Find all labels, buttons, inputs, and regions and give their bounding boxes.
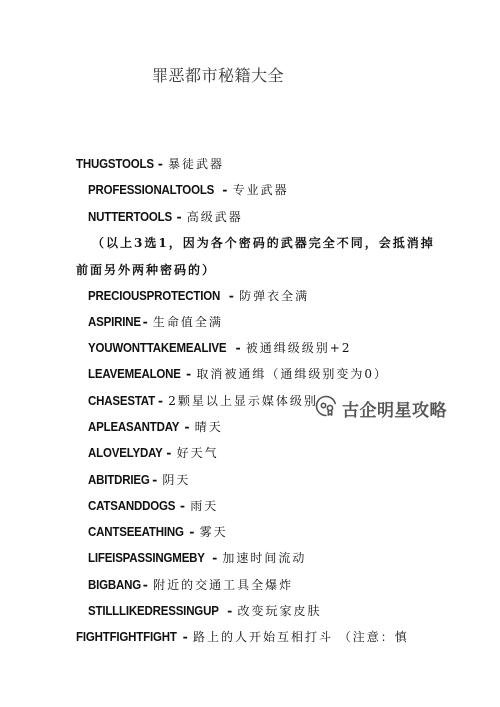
cheat-description: 改变玩家皮肤: [238, 604, 322, 618]
cheat-description: 取消被通缉（通缉级别变为0）: [196, 367, 388, 381]
cheat-description: 雨天: [190, 499, 218, 513]
document-title: 罪恶都市秘籍大全: [152, 63, 284, 86]
cheat-description: 暴徒武器: [168, 157, 224, 171]
cheat-line-aspirine: ASPIRINE - 生命值全满: [88, 312, 223, 332]
cheat-description: 生命值全满: [153, 315, 223, 329]
watermark: 古企明星攻略: [314, 394, 447, 423]
cheat-line-catsanddogs: CATSANDDOGS - 雨天: [88, 496, 218, 516]
cheat-description: 附近的交通工具全爆炸: [153, 578, 293, 592]
cheat-description: 2颗星以上显示媒体级别: [168, 394, 318, 408]
cheat-code: LEAVEMEALONE: [88, 364, 181, 384]
cheat-description: 晴天: [195, 420, 223, 434]
cheat-description: 高级武器: [187, 210, 243, 224]
cheat-description: 路上的人开始互相打斗 （注意：慎: [193, 630, 409, 644]
cheat-code: PRECIOUSPROTECTION: [88, 286, 220, 306]
cheat-line-youwonttakemealive: YOUWONTTAKEMEALIVE - 被通缉级级别+2: [88, 338, 352, 358]
cheat-code: LIFEISPASSINGMEBY: [88, 548, 205, 568]
cheat-separator: -: [143, 577, 148, 592]
cheat-separator: -: [143, 314, 148, 329]
cheat-description: 雾天: [200, 525, 228, 539]
cheat-line-preciousprotection: PRECIOUSPROTECTION - 防弹衣全满: [88, 286, 309, 306]
cheat-description: 加速时间流动: [222, 551, 306, 565]
cheat-description: 被通缉级级别+2: [246, 341, 352, 355]
cheat-line-cantseeathing: CANTSEEATHING - 雾天: [88, 522, 228, 542]
cheat-line-alovelyday: ALOVELYDAY - 好天气: [88, 443, 219, 463]
cheat-separator: -: [235, 340, 240, 355]
cheat-code: CATSANDDOGS: [88, 496, 175, 516]
cheat-description: 好天气: [177, 446, 219, 460]
cheat-line-stilllikedressingup: STILLLIKEDRESSINGUP - 改变玩家皮肤: [88, 601, 322, 621]
cheat-code: BIGBANG: [88, 575, 141, 595]
cheat-code: THUGSTOOLS: [76, 154, 154, 174]
cheat-separator: -: [166, 445, 171, 460]
cheat-line-thugstools: THUGSTOOLS - 暴徒武器: [76, 154, 224, 174]
cheat-separator: -: [176, 209, 181, 224]
cheat-line-professionaltools: PROFESSIONALTOOLS - 专业武器: [88, 180, 289, 200]
cheat-code: PROFESSIONALTOOLS: [88, 180, 214, 200]
cheat-code: STILLLIKEDRESSINGUP: [88, 601, 219, 621]
cheat-line-bigbang: BIGBANG - 附近的交通工具全爆炸: [88, 575, 293, 595]
cheat-description: 专业武器: [233, 183, 289, 197]
cheat-separator: -: [186, 366, 191, 381]
cheat-separator: -: [227, 603, 232, 618]
cheat-separator: -: [158, 393, 163, 408]
cheat-line-lifeispassingmeby: LIFEISPASSINGMEBY - 加速时间流动: [88, 548, 306, 568]
cheat-separator: -: [158, 156, 163, 171]
cheat-separator: -: [152, 472, 157, 487]
cheat-code: YOUWONTTAKEMEALIVE: [88, 338, 226, 358]
cheat-line-chasestat: CHASESTAT - 2颗星以上显示媒体级别: [88, 391, 318, 411]
cheat-separator: -: [222, 182, 227, 197]
cheat-separator: -: [212, 550, 217, 565]
cheat-code: CANTSEEATHING: [88, 522, 184, 542]
cheat-line-abitdrieg: ABITDRIEG - 阴天: [88, 470, 190, 490]
cheat-separator: -: [184, 419, 189, 434]
cheat-line-fightfightfight: FIGHTFIGHTFIGHT - 路上的人开始互相打斗 （注意：慎: [76, 627, 409, 647]
cheat-separator: -: [183, 629, 188, 644]
cheat-code: ALOVELYDAY: [88, 443, 163, 463]
weapon-note-line-1: （以上3选1，因为各个密码的武器完全不同，会抵消掉: [92, 233, 435, 253]
cheat-line-apleasantday: APLEASANTDAY - 晴天: [88, 417, 223, 437]
cheat-separator: -: [229, 288, 234, 303]
cheat-code: ABITDRIEG: [88, 470, 150, 490]
cheat-code: NUTTERTOOLS: [88, 207, 172, 227]
watermark-text: 古企明星攻略: [342, 396, 447, 421]
cheat-code: CHASESTAT: [88, 391, 155, 411]
cheat-line-leavemealone: LEAVEMEALONE - 取消被通缉（通缉级别变为0）: [88, 364, 388, 384]
cheat-line-nuttertools: NUTTERTOOLS - 高级武器: [88, 207, 243, 227]
cheat-separator: -: [180, 498, 185, 513]
cheat-separator: -: [189, 524, 194, 539]
cheat-code: ASPIRINE: [88, 312, 141, 332]
cheat-code: APLEASANTDAY: [88, 417, 179, 437]
cheat-description: 阴天: [162, 473, 190, 487]
badge-icon: [314, 394, 338, 423]
weapon-note-line-2: 前面另外两种密码的）: [76, 260, 216, 280]
cheat-code: FIGHTFIGHTFIGHT: [76, 627, 177, 647]
cheat-description: 防弹衣全满: [239, 289, 309, 303]
